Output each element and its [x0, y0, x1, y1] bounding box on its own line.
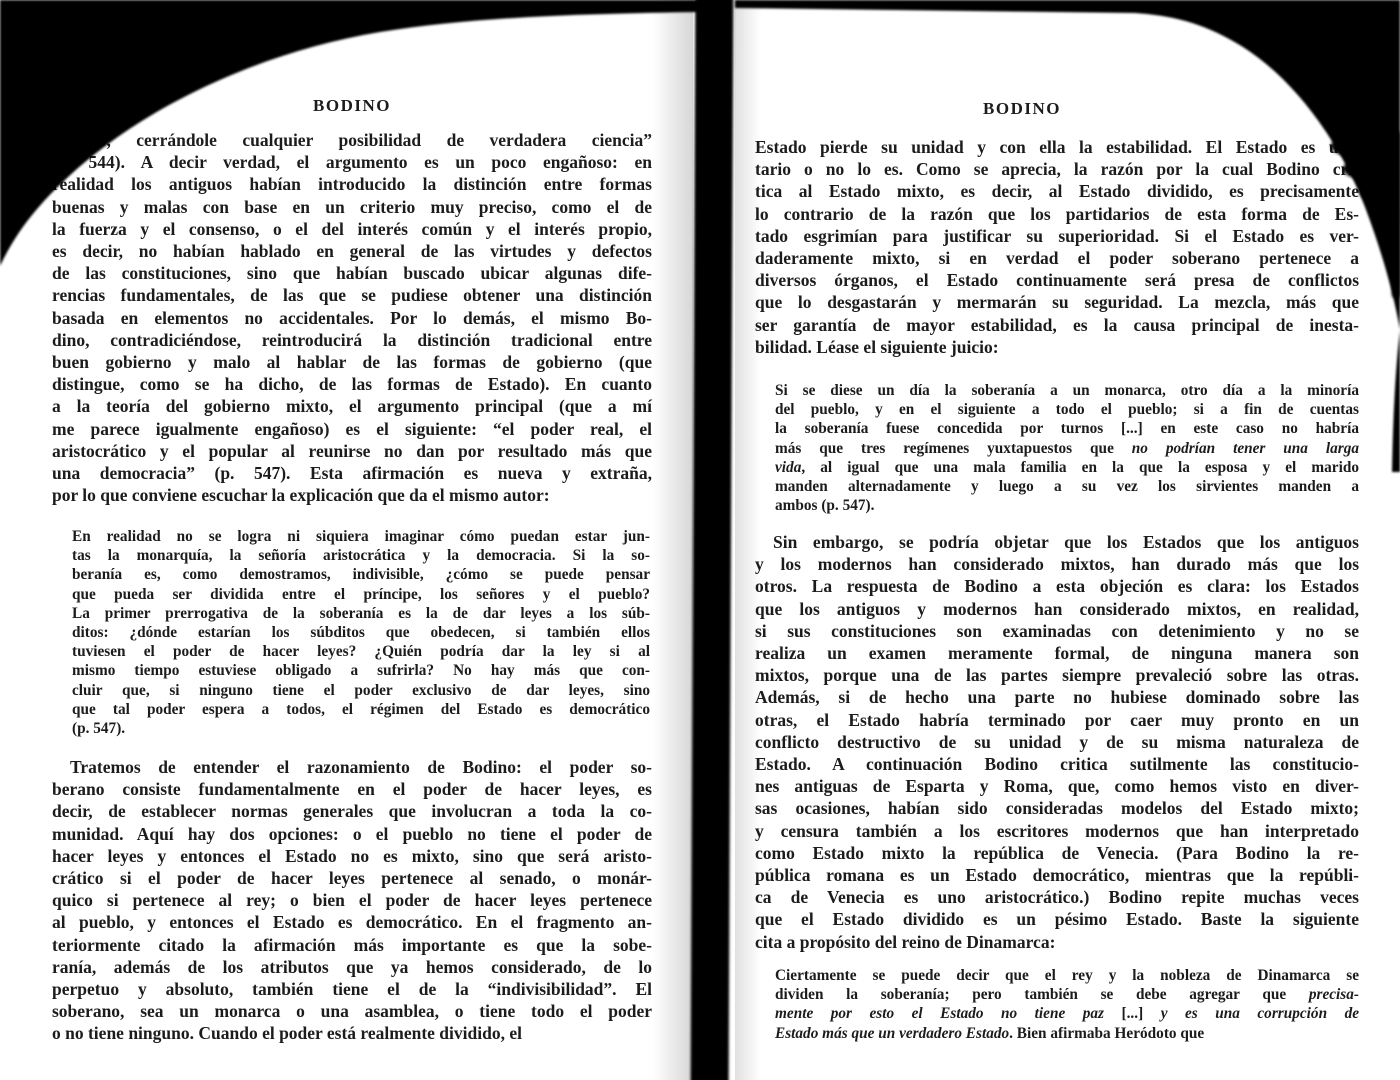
text-line: dividen la soberanía; pero también se de… [775, 985, 1359, 1004]
text-line: quico si pertenece al rey; o bien el pod… [52, 889, 652, 911]
text-line: (p. 547). [72, 719, 650, 738]
text-line: decir, de establecer normas generales qu… [52, 800, 652, 822]
text-line: si sus constituciones son examinadas con… [755, 620, 1359, 642]
text-line: que tal poder espera a todos, el régimen… [72, 700, 650, 719]
text-line: que lo desgastarán y mermarán su segurid… [755, 291, 1359, 313]
text-line: al pueblo, y entonces el Estado es democ… [52, 911, 652, 933]
text-line: beranía es, como demostramos, indivisibl… [72, 565, 650, 584]
text-line: y censura también a los escritores moder… [755, 820, 1359, 842]
text-line: la soberanía fuese concedida por turnos … [775, 419, 1359, 438]
right-page-header: BODINO [737, 99, 1307, 119]
text-line: perpetuo y absoluto, también tiene el de… [52, 978, 652, 1000]
text-line: dino, contradiciéndose, reintroducirá la… [52, 329, 652, 351]
text-line: Sin embargo, se podría objetar que los E… [755, 531, 1359, 553]
left-page-header: BODINO [52, 96, 652, 116]
text-line: me parece igualmente engañoso) es el sig… [52, 418, 652, 440]
text-line: lo contrario de la razón que los partida… [755, 203, 1359, 225]
text-line: tado esgrimían para justificar su superi… [755, 225, 1359, 247]
text-line: o no tiene ninguno. Cuando el poder está… [52, 1022, 652, 1044]
text-line: aristocrático y el popular al reunirse n… [52, 440, 652, 462]
left-paragraph-2: Tratemos de entender el razonamiento de … [52, 756, 652, 1045]
text-line: realidad los antiguos habían introducido… [52, 173, 652, 195]
text-line: manden alternadamente y luego a su vez l… [775, 477, 1359, 496]
text-line: Estado pierde su unidad y con ella la es… [755, 136, 1359, 158]
text-line: infinito, cerrándole cualquier posibilid… [52, 129, 652, 151]
scan-artifact-gutter [691, 0, 734, 1080]
right-block-quote-1: Si se diese un día la soberanía a un mon… [775, 381, 1359, 515]
text-line: distingue, como se ha dicho, de las form… [52, 373, 652, 395]
text-line: diversos órganos, el Estado continuament… [755, 269, 1359, 291]
text-line: cita a propósito del reino de Dinamarca: [755, 931, 1359, 953]
text-line: teriormente citado la afirmación más imp… [52, 934, 652, 956]
text-line: ditos: ¿dónde estarían los súbditos que … [72, 623, 650, 642]
text-line: rencias fundamentales, de las que se pud… [52, 284, 652, 306]
text-line: munidad. Aquí hay dos opciones: o el pue… [52, 823, 652, 845]
text-line: Estado más que un verdadero Estado. Bien… [775, 1024, 1359, 1043]
text-line: buen gobierno y malo al hablar de las fo… [52, 351, 652, 373]
text-line: por lo que conviene escuchar la explicac… [52, 484, 652, 506]
left-block-quote: En realidad no se logra ni siquiera imag… [72, 527, 650, 738]
text-line: crático si el poder de hacer leyes perte… [52, 867, 652, 889]
text-line: realiza un examen meramente formal, de n… [755, 642, 1359, 664]
text-line: hacer leyes y entonces el Estado no es m… [52, 845, 652, 867]
text-line: es decir, no habían hablado en general d… [52, 240, 652, 262]
text-line: más que tres regímenes yuxtapuestos que … [775, 439, 1359, 458]
text-line: que los antiguos y modernos han consider… [755, 598, 1359, 620]
text-line: buenas y malas con base en un criterio m… [52, 196, 652, 218]
text-line: En realidad no se logra ni siquiera imag… [72, 527, 650, 546]
text-line: ranía, además de los atributos que ya he… [52, 956, 652, 978]
text-line: tario o no lo es. Como se aprecia, la ra… [755, 158, 1359, 180]
text-line: la fuerza y el consenso, o el del interé… [52, 218, 652, 240]
right-paragraph-1: Estado pierde su unidad y con ella la es… [755, 136, 1359, 358]
text-line: del pueblo, y en el siguiente a todo el … [775, 400, 1359, 419]
text-line: una democracia” (p. 547). Esta afirmació… [52, 462, 652, 484]
text-line: Si se diese un día la soberanía a un mon… [775, 381, 1359, 400]
text-line: como Estado mixto la república de Veneci… [755, 842, 1359, 864]
right-block-quote-2: Ciertamente se puede decir que el rey y … [775, 966, 1359, 1043]
text-line: vida, al igual que una mala familia en l… [775, 458, 1359, 477]
text-line: Tratemos de entender el razonamiento de … [52, 756, 652, 778]
text-line: La primer prerrogativa de la soberanía e… [72, 604, 650, 623]
left-paragraph-1: infinito, cerrándole cualquier posibilid… [52, 129, 652, 506]
text-line: daderamente mixto, si en verdad el poder… [755, 247, 1359, 269]
text-line: sas ocasiones, habían sido consideradas … [755, 797, 1359, 819]
text-line: otras, el Estado habría terminado por ca… [755, 709, 1359, 731]
text-line: a la teoría del gobierno mixto, el argum… [52, 395, 652, 417]
text-line: Ciertamente se puede decir que el rey y … [775, 966, 1359, 985]
text-line: Además, si de hecho una parte no hubiese… [755, 686, 1359, 708]
right-page: BODINO Estado pierde su unidad y con ell… [737, 0, 1400, 1080]
text-line: ca de Venecia es uno aristocrático.) Bod… [755, 886, 1359, 908]
text-line: tas la monarquía, la señoría aristocráti… [72, 546, 650, 565]
right-paragraph-2: Sin embargo, se podría objetar que los E… [755, 531, 1359, 953]
text-line: Estado. A continuación Bodino critica su… [755, 753, 1359, 775]
text-line: bilidad. Léase el siguiente juicio: [755, 336, 1359, 358]
text-line: ser garantía de mayor estabilidad, es la… [755, 314, 1359, 336]
text-line: tica al Estado mixto, es decir, al Estad… [755, 180, 1359, 202]
text-line: mismo tiempo estuviese obligado a sufrir… [72, 661, 650, 680]
text-line: ambos (p. 547). [775, 496, 1359, 515]
text-line: otros. La respuesta de Bodino a esta obj… [755, 575, 1359, 597]
text-line: cluir que, si ninguno tiene el poder exc… [72, 681, 650, 700]
text-line: pública romana es un Estado democrático,… [755, 864, 1359, 886]
text-line: soberano, sea un monarca o una asamblea,… [52, 1000, 652, 1022]
text-line: que el Estado dividido es un pésimo Esta… [755, 908, 1359, 930]
text-line: nes antiguas de Esparta y Roma, que, com… [755, 775, 1359, 797]
text-line: mixtos, porque una de las partes siempre… [755, 664, 1359, 686]
text-line: basada en elementos no accidentales. Por… [52, 307, 652, 329]
text-line: berano consiste fundamentalmente en el p… [52, 778, 652, 800]
text-line: que pueda ser dividida entre el príncipe… [72, 585, 650, 604]
text-line: mente por esto el Estado no tiene paz [.… [775, 1004, 1359, 1023]
text-line: y los modernos han considerado mixtos, h… [755, 553, 1359, 575]
text-line: conflicto destructivo de su unidad y de … [755, 731, 1359, 753]
text-line: tuviesen el poder de hacer leyes? ¿Quién… [72, 642, 650, 661]
left-page: BODINO infinito, cerrándole cualquier po… [0, 0, 697, 1080]
text-line: de las constituciones, sino que habían b… [52, 262, 652, 284]
text-line: (p. 544). A decir verdad, el argumento e… [52, 151, 652, 173]
